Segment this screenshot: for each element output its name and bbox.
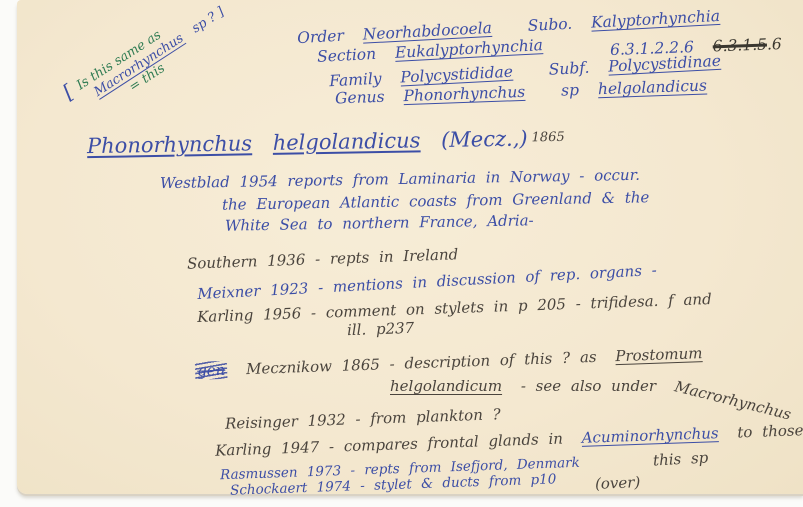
note-reisinger: Reisinger 1932 - from plankton ? [225, 405, 501, 433]
genus-value: Phonorhynchus [403, 83, 525, 105]
section-label: Section [317, 45, 377, 66]
order-label: Order [297, 27, 345, 47]
note-westblad-2: the European Atlantic coasts from Greenl… [222, 188, 650, 213]
title-year: 1865 [531, 130, 564, 146]
karling47-those-in: to those in [737, 420, 803, 441]
mecznikow-genus: Prostomum [615, 344, 703, 365]
sp-label: sp [561, 81, 580, 100]
species-title: Phonorhynchus helgolandicus (Mecz.,)1865 [87, 126, 565, 158]
mecznikow-see-also: - see also under [521, 377, 656, 395]
scanned-index-card-page: { "scan": { "background_color": "#fbfbf9… [0, 0, 803, 507]
title-species: helgolandicus [273, 128, 421, 155]
over-marker: (over) [595, 473, 641, 493]
karling47-genus: Acuminorhynchus [581, 424, 719, 447]
mecznikow-scribbled-word: gen [195, 361, 228, 380]
species-value: helgolandicus [598, 77, 708, 99]
subfamily-label: Subf. [548, 59, 590, 79]
annotation-line-2: Macrorhynchus sp ? ] [92, 5, 228, 100]
title-genus: Phonorhynchus [87, 131, 252, 158]
suborder-label: Subo. [527, 15, 572, 35]
note-westblad-3: White Sea to northern France, Adria- [225, 211, 534, 234]
mecznikow-species: helgolandicum [390, 377, 502, 395]
suborder-value: Kalyptorhynchia [591, 7, 721, 32]
catalog-code-struck: 6.3.1.5 [712, 36, 767, 56]
karling47-text: Karling 1947 - compares frontal glands i… [215, 430, 563, 460]
index-card: [ Is this same as Macrorhynchus sp ? ] =… [17, 0, 803, 494]
note-karling-1956-ill: ill. p237 [347, 319, 415, 339]
note-mecznikow-1: gen Mecznikow 1865 - description of this… [195, 344, 703, 380]
title-authority: (Mecz.,) [441, 126, 528, 152]
note-karling-1947-thissp: this sp [653, 449, 709, 470]
note-mecznikow-2: helgolandicum - see also under Macrorhyn… [390, 377, 794, 395]
margin-annotation: [ Is this same as Macrorhynchus sp ? ] =… [61, 0, 235, 127]
mecznikow-text: Mecznikow 1865 - description of this ? a… [246, 348, 597, 378]
mecznikow-macrorhynchus: Macrorhynchus [673, 377, 793, 423]
catalog-code-tail: .6 [767, 35, 782, 54]
note-southern: Southern 1936 - repts in Ireland [187, 245, 459, 272]
note-westblad-1: Westblad 1954 reports from Laminaria in … [160, 166, 640, 192]
genus-label: Genus [335, 88, 385, 108]
